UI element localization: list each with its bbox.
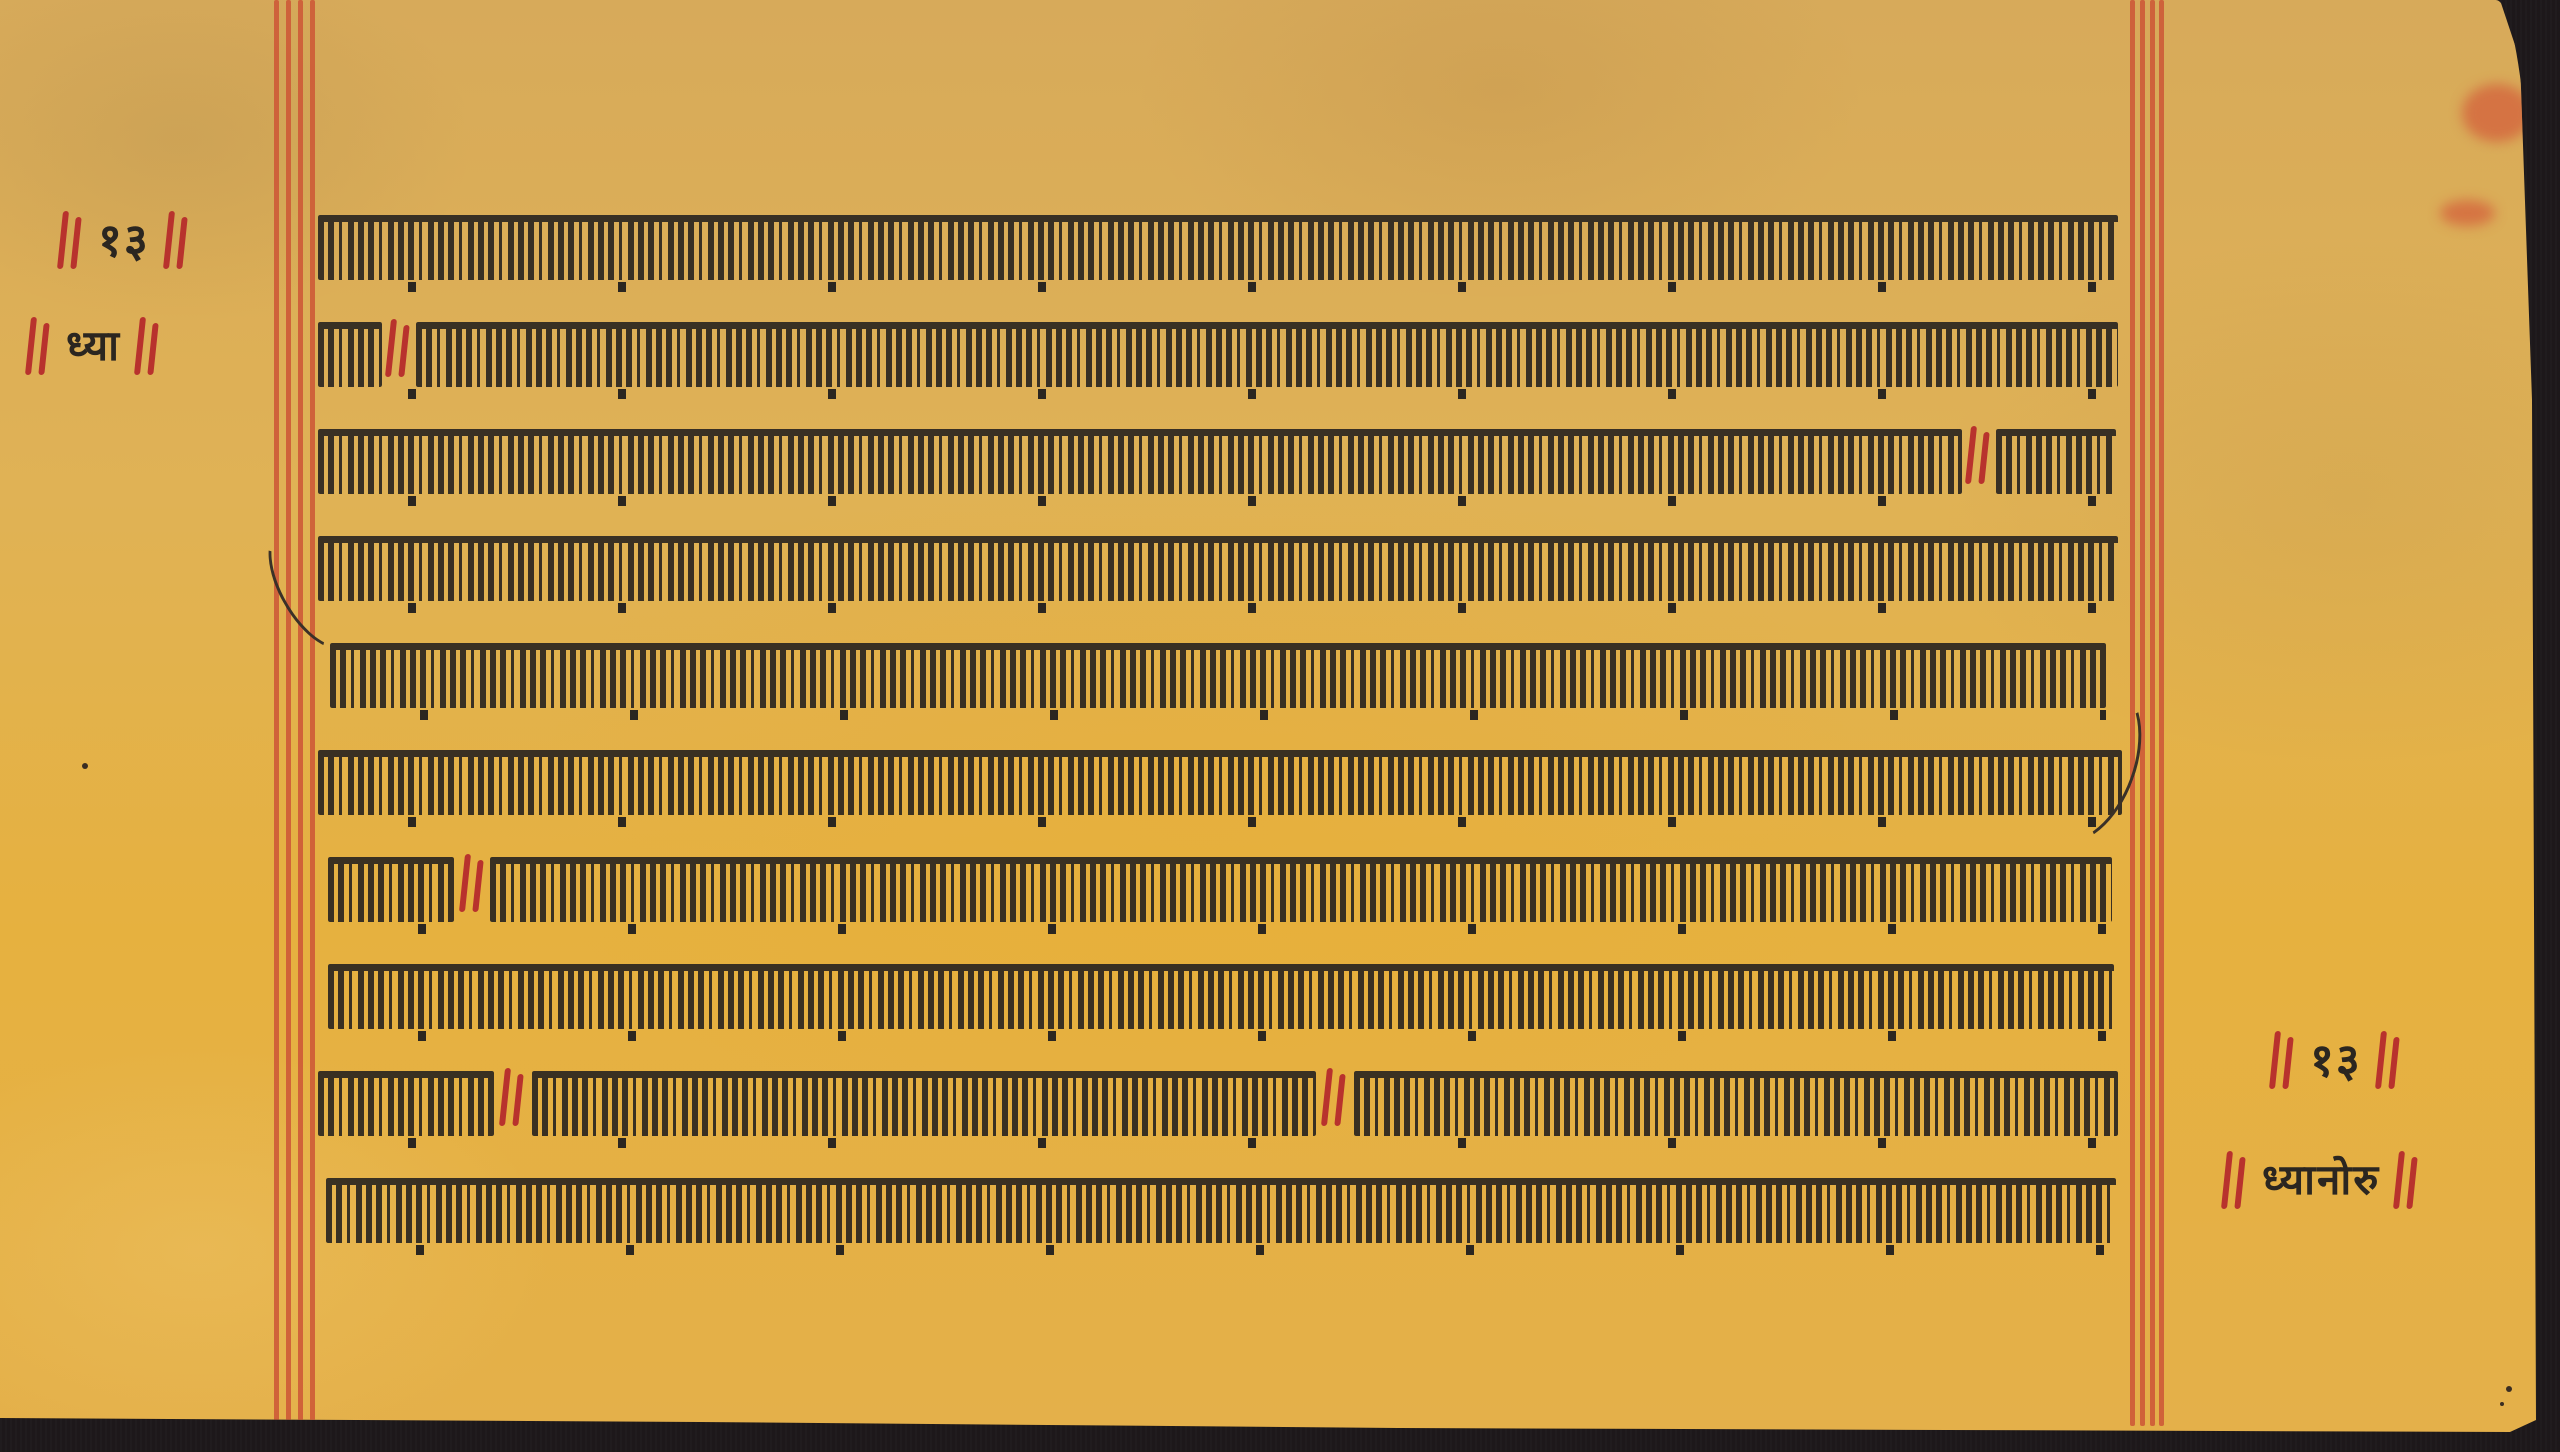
script-glyphs [318, 536, 2118, 601]
vowel-marks [330, 710, 2106, 720]
vowel-marks [318, 817, 2118, 827]
folio-number: १३ [2310, 1030, 2362, 1090]
script-glyphs [328, 964, 2114, 1029]
script-line-3 [312, 414, 2112, 521]
right-margin-title-abbrev: ध्यानोरु [2224, 1150, 2418, 1210]
right-margin-folio-number: १३ [2272, 1030, 2400, 1090]
red-double-danda-icon [462, 854, 484, 912]
red-double-danda-icon [502, 1068, 524, 1126]
vowel-marks [328, 924, 2112, 934]
folio-title-abbrev: ध्यानोरु [2262, 1150, 2380, 1210]
script-line-6 [312, 735, 2112, 842]
script-glyphs [318, 429, 1962, 494]
folio-number: १३ [98, 210, 150, 270]
script-glyphs [532, 1071, 1316, 1136]
vowel-marks [326, 1245, 2116, 1255]
script-glyphs [330, 643, 2106, 708]
script-glyphs [318, 1071, 494, 1136]
script-glyphs [328, 857, 454, 922]
vowel-marks [318, 389, 2118, 399]
script-glyphs [326, 1178, 2116, 1243]
script-line-7 [312, 842, 2112, 949]
red-stain-small [2440, 200, 2495, 226]
manuscript-folio: १३ ध्या १३ ध्यानोरु [0, 0, 2536, 1432]
red-double-danda-icon [1968, 426, 1990, 484]
red-double-danda-icon [28, 317, 50, 375]
script-glyphs [490, 857, 2112, 922]
ink-speck [2500, 1402, 2504, 1406]
script-glyphs [318, 215, 2118, 280]
ink-speck [2506, 1386, 2512, 1392]
vowel-marks [328, 1031, 2114, 1041]
red-double-danda-icon [137, 317, 159, 375]
vowel-marks [318, 282, 2118, 292]
script-line-10 [312, 1163, 2112, 1270]
red-double-danda-icon [166, 211, 188, 269]
vowel-marks [318, 603, 2118, 613]
script-glyphs [318, 750, 2122, 815]
manuscript-text-body [312, 200, 2112, 1270]
red-double-danda-icon [2272, 1031, 2294, 1089]
red-double-danda-icon [2224, 1151, 2246, 1209]
red-double-danda-icon [388, 319, 410, 377]
script-glyphs [1354, 1071, 2118, 1136]
red-double-danda-icon [2378, 1031, 2400, 1089]
script-line-1 [312, 200, 2112, 307]
script-line-8 [312, 949, 2112, 1056]
red-double-danda-icon [2396, 1151, 2418, 1209]
script-glyphs [416, 322, 2118, 387]
script-glyphs [318, 322, 382, 387]
script-line-9 [312, 1056, 2112, 1163]
script-line-2 [312, 307, 2112, 414]
red-double-danda-icon [60, 211, 82, 269]
script-line-5 [312, 628, 2112, 735]
script-glyphs [1996, 429, 2116, 494]
script-line-4 [312, 521, 2112, 628]
left-margin-title-abbrev: ध्या [28, 316, 159, 376]
red-double-danda-icon [1324, 1068, 1346, 1126]
folio-title-abbrev: ध्या [66, 316, 121, 376]
vowel-marks [318, 1138, 2118, 1148]
ink-speck [82, 763, 88, 769]
left-margin-folio-number: १३ [60, 210, 188, 270]
vowel-marks [318, 496, 2118, 506]
